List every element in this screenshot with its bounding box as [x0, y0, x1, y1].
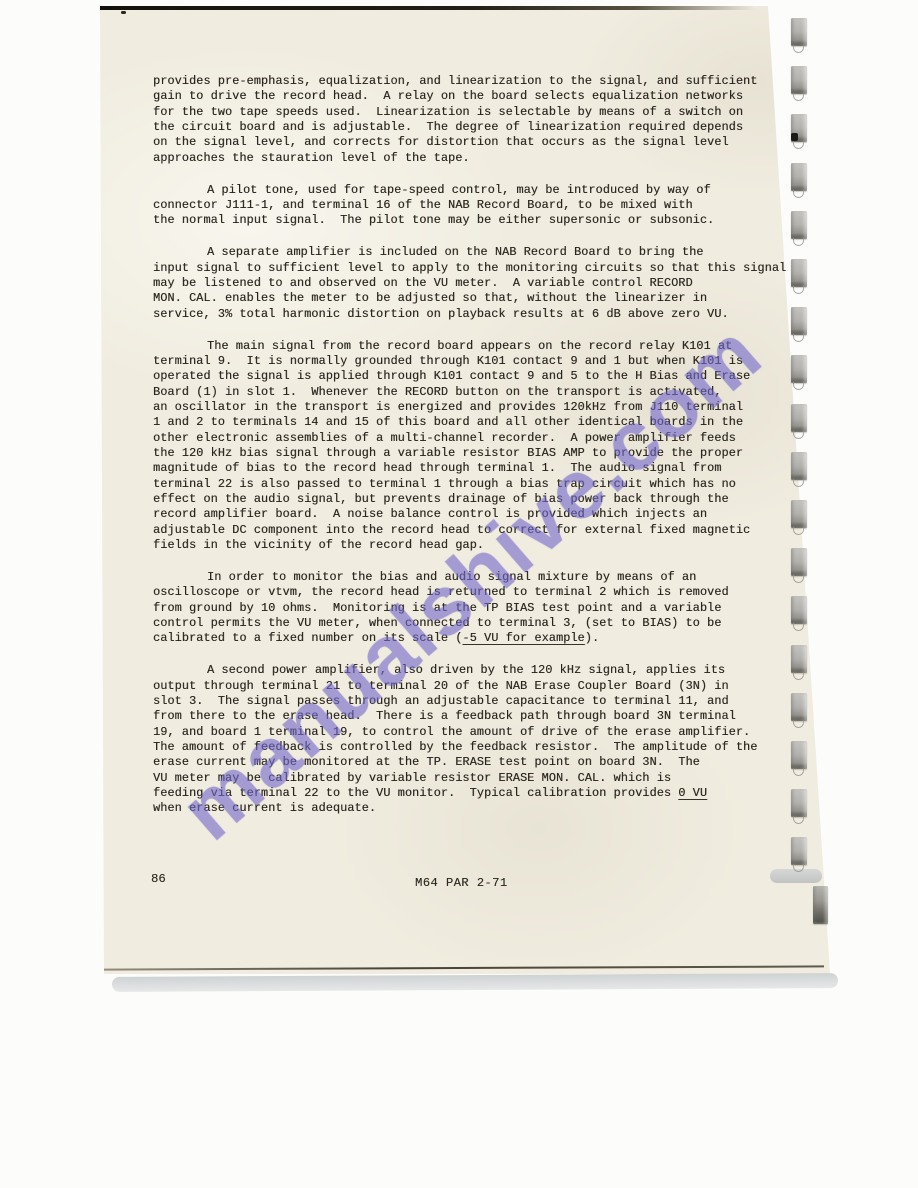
text-line: calibrated to a fixed number on its scal… — [153, 631, 771, 646]
paragraph: A second power amplifier, also driven by… — [153, 663, 771, 816]
text-line: feeding via terminal 22 to the VU monito… — [153, 786, 771, 801]
paragraph: A separate amplifier is included on the … — [153, 245, 771, 322]
page-bottom-shadow — [112, 973, 838, 992]
text-line: slot 3. The signal passes through an adj… — [153, 694, 771, 709]
text-line: terminal 9. It is normally grounded thro… — [153, 354, 771, 369]
text-line: fields in the vicinity of the record hea… — [153, 538, 771, 553]
text-line: the 120 kHz bias signal through a variab… — [153, 446, 771, 461]
text-line: other electronic assemblies of a multi-c… — [153, 431, 771, 446]
text-line: when erase current is adequate. — [153, 801, 771, 816]
text-line: on the signal level, and corrects for di… — [153, 135, 771, 150]
binding-hole — [791, 114, 807, 142]
text-line: may be listened to and observed on the V… — [153, 276, 771, 291]
text-line: operated the signal is applied through K… — [153, 369, 771, 384]
binding-hole — [791, 307, 807, 335]
text-line: service, 3% total harmonic distortion on… — [153, 307, 771, 322]
text-line: In order to monitor the bias and audio s… — [153, 570, 771, 585]
paragraph: In order to monitor the bias and audio s… — [153, 570, 771, 647]
text-line: The main signal from the record board ap… — [153, 339, 771, 354]
text-line: connector J111-1, and terminal 16 of the… — [153, 198, 771, 213]
text-line: adjustable DC component into the record … — [153, 523, 771, 538]
binding-hole — [791, 259, 807, 287]
text-line: VU meter may be calibrated by variable r… — [153, 771, 771, 786]
binding-hole — [791, 211, 807, 239]
binding-hole — [791, 163, 807, 191]
text-line: oscilloscope or vtvm, the record head is… — [153, 585, 771, 600]
text-line: A second power amplifier, also driven by… — [153, 663, 771, 678]
text-line: The amount of feedback is controlled by … — [153, 740, 771, 755]
scanned-manual-page: provides pre-emphasis, equalization, and… — [0, 0, 918, 1188]
text-line: record amplifier board. A noise balance … — [153, 507, 771, 522]
text-line: for the two tape speeds used. Linearizat… — [153, 105, 771, 120]
text-line: gain to drive the record head. A relay o… — [153, 89, 771, 104]
text-line: input signal to sufficient level to appl… — [153, 261, 771, 276]
text-line: output through terminal 21 to terminal 2… — [153, 679, 771, 694]
document-reference: M64 PAR 2-71 — [415, 876, 508, 890]
binding-hole — [791, 66, 807, 94]
text-line: Board (1) in slot 1. Whenever the RECORD… — [153, 385, 771, 400]
page-text: provides pre-emphasis, equalization, and… — [153, 74, 771, 833]
text-line: 19, and board 1 terminal 19, to control … — [153, 725, 771, 740]
text-line: provides pre-emphasis, equalization, and… — [153, 74, 771, 89]
paragraph: A pilot tone, used for tape-speed contro… — [153, 183, 771, 229]
page-number: 86 — [151, 872, 166, 886]
binding-hole — [791, 355, 807, 383]
text-line: the normal input signal. The pilot tone … — [153, 213, 771, 228]
text-line: MON. CAL. enables the meter to be adjust… — [153, 291, 771, 306]
text-line: erase current may be monitored at the TP… — [153, 755, 771, 770]
text-line: A pilot tone, used for tape-speed contro… — [153, 183, 771, 198]
text-line: magnitude of bias to the record head thr… — [153, 461, 771, 476]
text-line: effect on the audio signal, but prevents… — [153, 492, 771, 507]
paragraph: The main signal from the record board ap… — [153, 339, 771, 554]
binding-hole — [791, 18, 807, 46]
text-line: the circuit board and is adjustable. The… — [153, 120, 771, 135]
text-line: control permits the VU meter, when conne… — [153, 616, 771, 631]
text-line: from there to the erase head. There is a… — [153, 709, 771, 724]
text-line: an oscillator in the transport is energi… — [153, 400, 771, 415]
text-line: from ground by 10 ohms. Monitoring is at… — [153, 601, 771, 616]
text-line: 1 and 2 to terminals 14 and 15 of this b… — [153, 415, 771, 430]
text-line: approaches the stauration level of the t… — [153, 151, 771, 166]
text-line: terminal 22 is also passed to terminal 1… — [153, 477, 771, 492]
scan-speck — [121, 11, 126, 14]
paragraph: provides pre-emphasis, equalization, and… — [153, 74, 771, 166]
text-line: A separate amplifier is included on the … — [153, 245, 771, 260]
